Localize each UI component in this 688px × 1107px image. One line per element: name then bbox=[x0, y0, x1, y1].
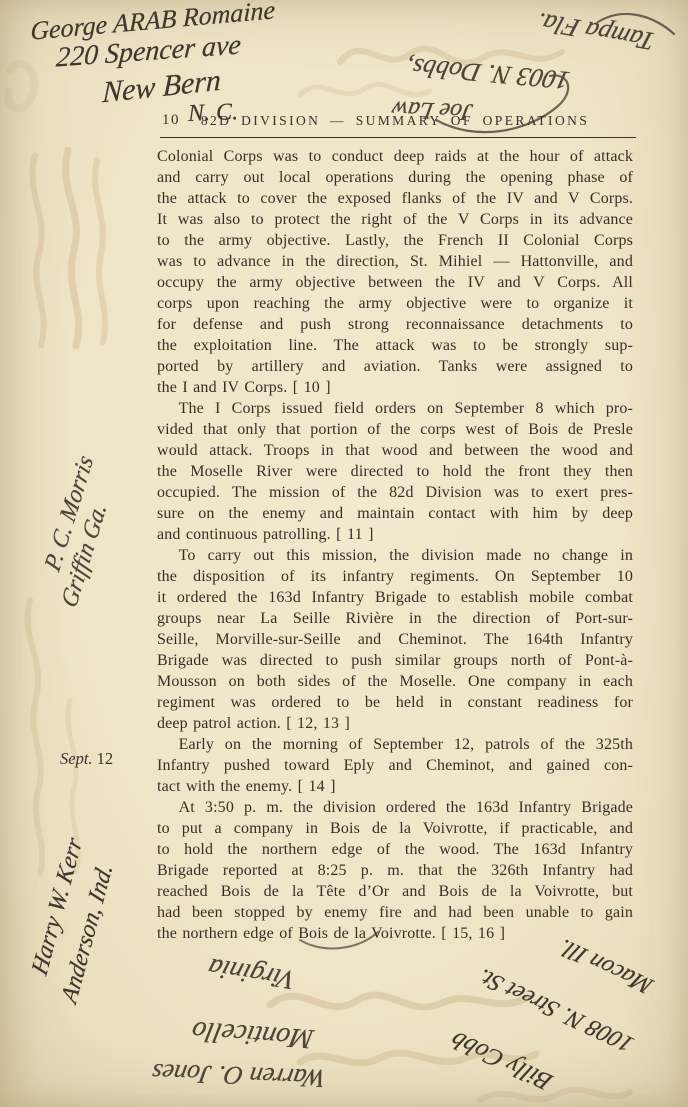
text-line: the I and IV Corps. [ 10 ] bbox=[157, 377, 633, 398]
text-line: reached Bois de la Tête d’Or and Bois de… bbox=[157, 881, 633, 902]
text-line: tact with the enemy. [ 14 ] bbox=[157, 776, 633, 797]
text-line: deep patrol action. [ 12, 13 ] bbox=[157, 713, 633, 734]
text-line: corps upon reaching the army objective w… bbox=[157, 293, 633, 314]
text-line: To carry out this mission, the division … bbox=[157, 545, 633, 566]
text-line: and carry out local operations during th… bbox=[157, 167, 633, 188]
ink-bleed-mark bbox=[270, 995, 528, 1007]
text-line: occupy the army objective between the IV… bbox=[157, 272, 633, 293]
text-line: for defense and push strong reconnaissan… bbox=[157, 314, 633, 335]
text-line: Colonial Corps was to conduct deep raids… bbox=[157, 146, 633, 167]
text-line: to put a company in Bois de la Voivrotte… bbox=[157, 818, 633, 839]
handwritten-owner-state: N. C. bbox=[188, 99, 239, 128]
text-line: sure on the enemy and maintain contact w… bbox=[157, 503, 633, 524]
text-line: would attack. Troops in that wood and be… bbox=[157, 440, 633, 461]
margin-date-note: Sept. 12 bbox=[60, 749, 113, 769]
text-line: the Moselle River were directed to hold … bbox=[157, 461, 633, 482]
ink-bleed-mark bbox=[66, 150, 79, 346]
text-line: At 3:50 p. m. the division ordered the 1… bbox=[157, 797, 633, 818]
text-line: ported by artillery and aviation. Tanks … bbox=[157, 356, 633, 377]
handwritten-inverted-signature: Warren O. Jones bbox=[149, 1057, 328, 1093]
handwritten-inverted-name: Joe Law bbox=[390, 95, 475, 125]
text-line: the disposition of its infantry regiment… bbox=[157, 566, 633, 587]
header-rule bbox=[160, 137, 636, 138]
text-line: to hold the northern edge of the wood. T… bbox=[157, 839, 633, 860]
text-line: The I Corps issued field orders on Septe… bbox=[157, 398, 633, 419]
text-line: It was also to protect the right of the … bbox=[157, 209, 633, 230]
ink-bleed-mark bbox=[300, 84, 430, 95]
text-line: Infantry pushed toward Eply and Cheminot… bbox=[157, 755, 633, 776]
text-line: Brigade was directed to push similar gro… bbox=[157, 650, 633, 671]
text-line: the exploitation line. The attack was to… bbox=[157, 335, 633, 356]
paragraph: At 3:50 p. m. the division ordered the 1… bbox=[157, 797, 633, 944]
handwritten-inverted-name2: Billy Cobb bbox=[445, 1025, 558, 1094]
handwritten-inverted-city-state: Tampa Fla. bbox=[532, 6, 659, 55]
text-line: vided that only that portion of the corp… bbox=[157, 419, 633, 440]
text-line: it ordered the 163d Infantry Brigade to … bbox=[157, 587, 633, 608]
handwritten-inverted-town: Monticello bbox=[189, 1014, 317, 1054]
ink-bleed-mark bbox=[480, 1090, 630, 1100]
ink-bleed-mark bbox=[33, 155, 44, 345]
text-line: the attack to cover the exposed flanks o… bbox=[157, 188, 633, 209]
ink-bleed-mark bbox=[8, 64, 34, 109]
text-line: Seille, Morville-sur-Seille and Cheminot… bbox=[157, 629, 633, 650]
handwritten-inverted-address: 1003 N. Dobbs, bbox=[403, 51, 572, 95]
paragraph: The I Corps issued field orders on Septe… bbox=[157, 398, 633, 545]
text-line: to the army objective. Lastly, the Frenc… bbox=[157, 230, 633, 251]
text-line: Brigade reported at 8:25 p. m. that the … bbox=[157, 860, 633, 881]
body-text-block: Colonial Corps was to conduct deep raids… bbox=[157, 146, 633, 944]
text-line: was to advance in the direction, St. Mih… bbox=[157, 251, 633, 272]
handwritten-inverted-word: Virginia bbox=[204, 952, 299, 996]
margin-date-day: 12 bbox=[97, 749, 114, 768]
margin-date-month: Sept. bbox=[60, 749, 93, 768]
text-line: Mousson on both sides of the Moselle. On… bbox=[157, 671, 633, 692]
text-line: and continuous patrolling. [ 11 ] bbox=[157, 524, 633, 545]
ink-bleed-mark bbox=[28, 600, 42, 874]
paragraph: Colonial Corps was to conduct deep raids… bbox=[157, 146, 633, 398]
text-line: had been stopped by enemy fire and had b… bbox=[157, 902, 633, 923]
text-line: regiment was ordered to be held in const… bbox=[157, 692, 633, 713]
text-line: Early on the morning of September 12, pa… bbox=[157, 734, 633, 755]
text-line: groups near La Seille Rivière in the dir… bbox=[157, 608, 633, 629]
ink-bleed-mark bbox=[95, 160, 105, 342]
paragraph: Early on the morning of September 12, pa… bbox=[157, 734, 633, 797]
book-page-scan: 10 82D DIVISION — SUMMARY OF OPERATIONS … bbox=[0, 0, 688, 1107]
paragraph: To carry out this mission, the division … bbox=[157, 545, 633, 734]
text-line: occupied. The mission of the 82d Divisio… bbox=[157, 482, 633, 503]
